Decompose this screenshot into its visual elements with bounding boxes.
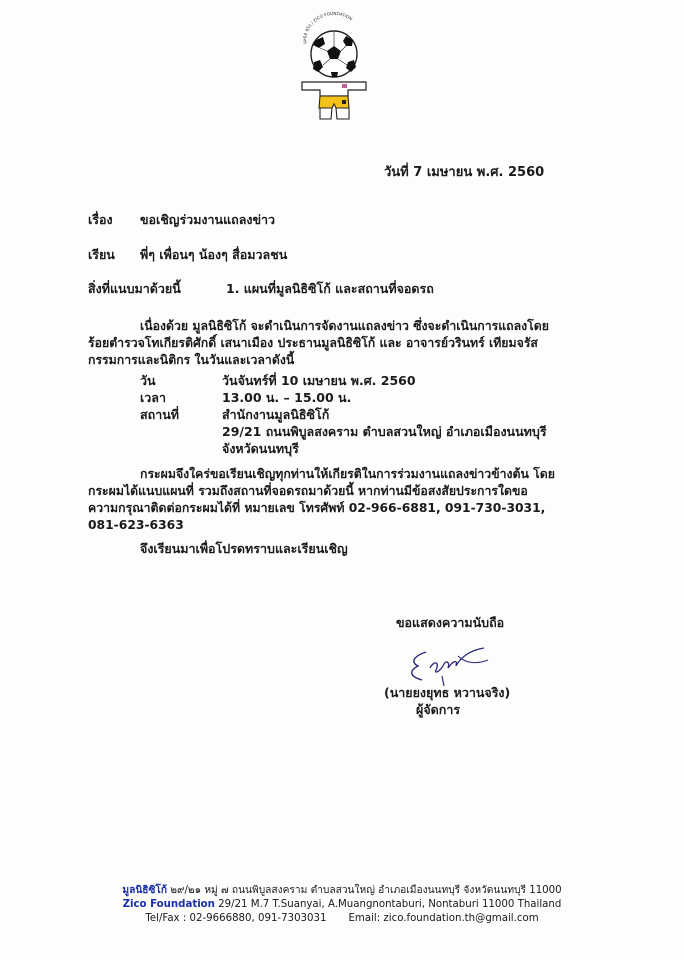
paragraph-2-line-4: 081-623-6363 bbox=[88, 517, 184, 534]
subject-label: เรื่อง bbox=[88, 212, 113, 228]
detail-venue-line-1: สำนักงานมูลนิธิซิโก้ bbox=[222, 407, 329, 423]
signer-name: (นายยงยุทธ หวานจริง) bbox=[384, 685, 510, 701]
detail-date-label: วัน bbox=[140, 373, 156, 389]
detail-venue-label: สถานที่ bbox=[140, 407, 179, 423]
paragraph-2-line-3: ความกรุณาติดต่อกระผมได้ที่ หมายเลข โทรศั… bbox=[88, 500, 545, 517]
detail-time-label: เวลา bbox=[140, 390, 166, 406]
enclosure-label: สิ่งที่แนบมาด้วยนี้ bbox=[88, 281, 181, 297]
paragraph-1-line-3: กรรมการและนิติกร ในวันและเวลาดังนี้ bbox=[88, 352, 294, 369]
footer-org-english: Zico Foundation bbox=[123, 899, 215, 910]
footer-line-thai: มูลนิธิซิโก้ ๒๙/๒๑ หมู่ ๗ ถนนพิบูลสงคราม… bbox=[0, 884, 684, 897]
footer-address-thai: ๒๙/๒๑ หมู่ ๗ ถนนพิบูลสงคราม ตำบลสวนใหญ่ … bbox=[167, 885, 562, 896]
enclosure-text: 1. แผนที่มูลนิธิซิโก้ และสถานที่จอดรถ bbox=[226, 281, 434, 297]
detail-date-value: วันจันทร์ที่ 10 เมษายน พ.ศ. 2560 bbox=[222, 373, 416, 389]
footer-tel-fax: Tel/Fax : 02-9666880, 091-7303031 bbox=[145, 913, 326, 924]
paragraph-2-line-1: กระผมจึงใคร่ขอเรียนเชิญทุกท่านให้เกียรติ… bbox=[140, 466, 555, 483]
handwritten-signature-icon bbox=[400, 640, 500, 688]
paragraph-2-line-2: กระผมได้แนบแผนที่ รวมถึงสถานที่จอดรถมาด้… bbox=[88, 483, 528, 500]
footer-line-english: Zico Foundation 29/21 M.7 T.Suanyai, A.M… bbox=[0, 898, 684, 911]
letter-date: วันที่ 7 เมษายน พ.ศ. 2560 bbox=[384, 165, 544, 181]
paragraph-1-line-1: เนื่องด้วย มูลนิธิซิโก้ จะดำเนินการจัดงา… bbox=[140, 318, 549, 335]
subject-text: ขอเชิญร่วมงานแถลงข่าว bbox=[140, 212, 275, 228]
letter-page: มูลนิธิ ซิโก้ / ZICO FOUNDATION bbox=[0, 0, 684, 960]
paragraph-1-line-2: ร้อยตำรวจโทเกียรติศักดิ์ เสนาเมือง ประธา… bbox=[88, 335, 538, 352]
footer-org-thai: มูลนิธิซิโก้ bbox=[122, 885, 167, 896]
closing-paragraph: จึงเรียนมาเพื่อโปรดทราบและเรียนเชิญ bbox=[140, 541, 348, 557]
footer-email: Email: zico.foundation.th@gmail.com bbox=[348, 913, 538, 924]
detail-time-value: 13.00 น. – 15.00 น. bbox=[222, 390, 351, 406]
detail-venue-line-2: 29/21 ถนนพิบูลสงคราม ตำบลสวนใหญ่ อำเภอเม… bbox=[222, 424, 547, 440]
zico-foundation-logo: มูลนิธิ ซิโก้ / ZICO FOUNDATION bbox=[296, 10, 372, 120]
regards-text: ขอแสดงความนับถือ bbox=[396, 615, 504, 631]
footer-line-contact: Tel/Fax : 02-9666880, 091-7303031Email: … bbox=[0, 912, 684, 925]
signature bbox=[400, 640, 500, 688]
footer-address-english: 29/21 M.7 T.Suanyai, A.Muangnontaburi, N… bbox=[215, 899, 561, 910]
detail-venue-line-3: จังหวัดนนทบุรี bbox=[222, 441, 299, 457]
recipient-text: พี่ๆ เพื่อนๆ น้องๆ สื่อมวลชน bbox=[140, 247, 287, 263]
recipient-label: เรียน bbox=[88, 247, 115, 263]
signer-title: ผู้จัดการ bbox=[416, 702, 460, 718]
zico-foundation-mascot-icon: มูลนิธิ ซิโก้ / ZICO FOUNDATION bbox=[296, 10, 372, 120]
